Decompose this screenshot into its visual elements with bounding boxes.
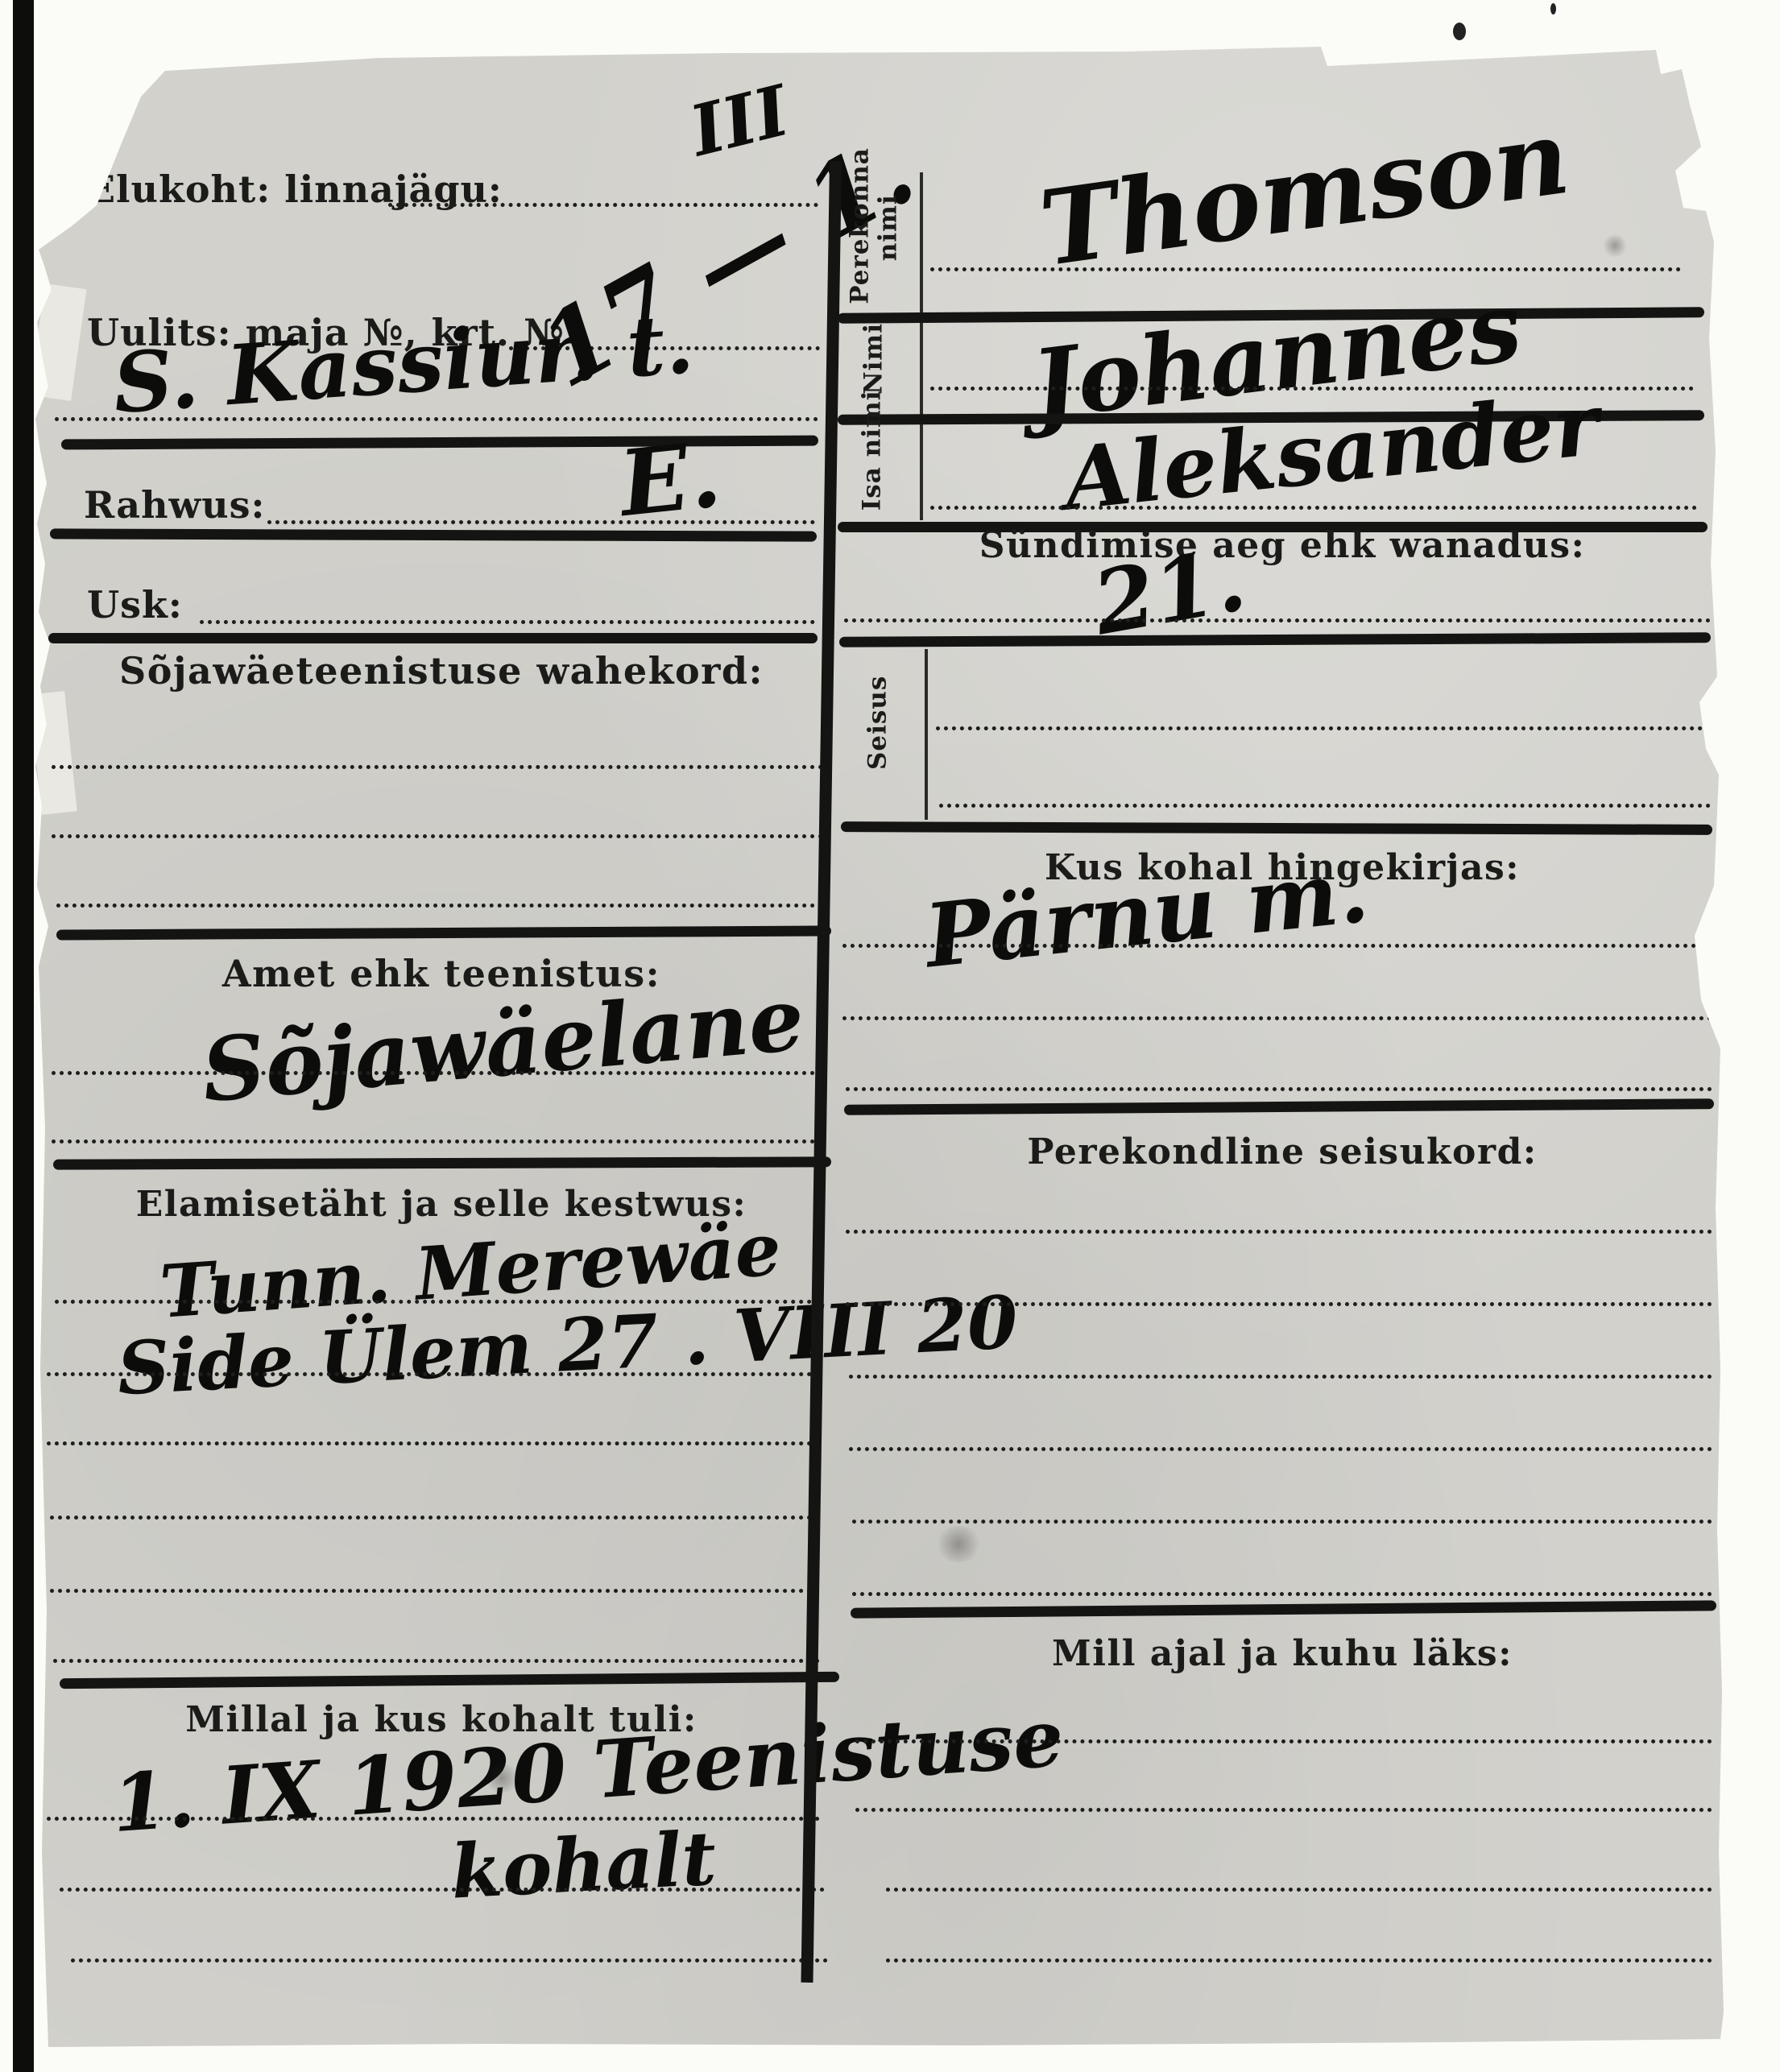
paper-tear xyxy=(29,691,77,815)
thin-vertical-rule xyxy=(925,649,928,820)
section-header-family-status: Perekondline seisukord: xyxy=(1027,1131,1537,1172)
dotted-rule xyxy=(846,1302,1712,1306)
dotted-rule xyxy=(267,520,815,524)
dotted-rule xyxy=(846,1087,1712,1091)
field-label-family-name: Perekonna nimi xyxy=(846,151,901,304)
thick-rule xyxy=(48,633,818,643)
dotted-rule xyxy=(50,1589,820,1593)
dotted-rule xyxy=(842,1016,1712,1020)
stain xyxy=(934,1526,983,1562)
ink-speck xyxy=(1550,3,1556,14)
thin-vertical-rule xyxy=(920,172,923,520)
dotted-rule xyxy=(55,417,818,421)
dotted-rule xyxy=(53,1659,820,1663)
dotted-rule xyxy=(842,944,1712,948)
book-binding-shadow xyxy=(13,0,34,2072)
section-header-birth: Sündimise aeg ehk wanadus: xyxy=(979,525,1586,566)
dotted-rule xyxy=(849,1375,1712,1379)
field-label-religion: Usk: xyxy=(87,583,183,627)
handwriting-family-name: Thomson xyxy=(1033,97,1576,290)
field-label-father-name: Isa nimi xyxy=(859,390,887,511)
dotted-rule xyxy=(886,1888,1712,1892)
dotted-rule xyxy=(200,620,815,624)
thick-rule xyxy=(60,1672,839,1689)
dotted-rule xyxy=(844,618,1711,622)
dotted-rule xyxy=(855,1808,1712,1812)
section-header-departure: Mill ajal ja kuhu läks: xyxy=(1052,1633,1513,1674)
stain xyxy=(1603,234,1627,258)
thick-rule xyxy=(851,1600,1716,1618)
thick-rule xyxy=(50,528,817,541)
dotted-rule xyxy=(56,904,823,908)
ink-speck xyxy=(1453,23,1466,40)
field-label-nationality: Rahwus: xyxy=(84,483,265,527)
dotted-rule xyxy=(52,1139,823,1144)
dotted-rule xyxy=(52,834,823,838)
handwriting-district: III xyxy=(683,70,797,172)
thick-rule xyxy=(841,821,1712,835)
handwriting-arrival-line2: kohalt xyxy=(449,1814,718,1915)
dotted-rule xyxy=(886,1958,1712,1962)
thick-rule xyxy=(844,1098,1714,1115)
dotted-rule xyxy=(50,1516,820,1520)
stain xyxy=(483,1764,520,1793)
paper: Elukoht: linnajägu: III Uulits: maja №, … xyxy=(0,0,1780,2072)
dotted-rule xyxy=(930,267,1681,271)
dotted-rule xyxy=(60,1888,825,1892)
thick-rule xyxy=(839,632,1711,647)
field-label-status: Seisus xyxy=(864,658,892,787)
dotted-rule xyxy=(846,1230,1712,1234)
dotted-rule xyxy=(930,506,1697,510)
thick-rule xyxy=(56,925,831,940)
dotted-rule xyxy=(939,804,1711,808)
dotted-rule xyxy=(936,726,1711,730)
dotted-rule xyxy=(71,1958,828,1962)
dotted-rule xyxy=(47,1441,820,1445)
dotted-rule xyxy=(52,765,823,769)
section-header-military: Sõjawäeteenistuse wahekord: xyxy=(119,649,764,693)
dotted-rule xyxy=(52,1071,823,1075)
paper-tear xyxy=(30,283,87,401)
dotted-rule xyxy=(47,1372,820,1376)
handwriting-register: Pärnu m. xyxy=(921,841,1373,988)
scanned-register-card: Elukoht: linnajägu: III Uulits: maja №, … xyxy=(0,0,1780,2072)
dotted-rule xyxy=(852,1592,1712,1596)
dotted-rule xyxy=(849,1447,1712,1451)
dotted-rule xyxy=(852,1520,1712,1524)
thick-rule xyxy=(53,1156,831,1169)
dotted-rule xyxy=(855,1739,1712,1743)
